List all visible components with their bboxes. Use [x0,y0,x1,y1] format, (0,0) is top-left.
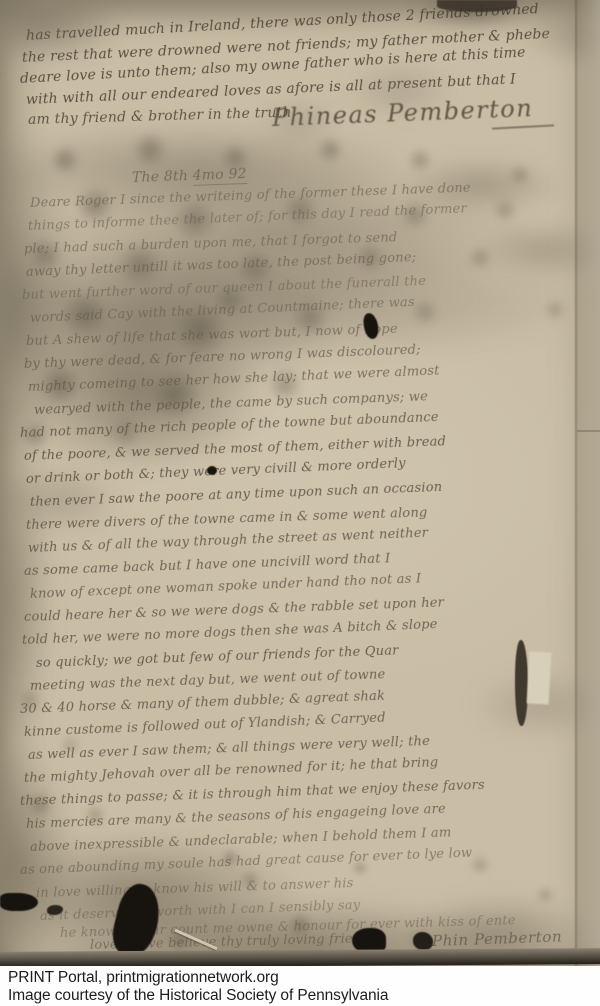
ink-blot [0,893,38,911]
photo-bottom-edge [0,948,600,966]
signature-phin-pemberton: Phin Pemberton [432,927,563,950]
manuscript-line: so quickly; we got but few of our friend… [36,643,399,671]
caption-line-1: PRINT Portal, printmigrationnetwork.org [8,969,600,987]
manuscript-photo: has travelled much in Ireland, there was… [0,0,600,966]
tear-backing-patch [527,651,552,704]
date-prefix: The 8th [132,168,189,186]
signature-phineas-pemberton: Phineas Pemberton [271,94,533,132]
manuscript-line: then ever I saw the poore at any time up… [30,480,443,510]
date-heading: The 8th 4mo 92 [132,166,247,186]
date-suffix: 4mo 92 [192,166,247,186]
caption-bar: PRINT Portal, printmigrationnetwork.org … [0,966,600,1006]
caption-line-2: Image courtesy of the Historical Society… [8,987,600,1005]
paper-crease-horizontal [577,430,600,432]
paper-crease-vertical [575,0,577,966]
ink-blot [413,932,433,950]
paper-tear [515,640,528,726]
ink-blot [437,0,517,12]
page-edge-strip [577,0,600,966]
manuscript-line: in love willing to know his will & to an… [36,876,354,901]
signature-flourish [492,124,554,129]
ink-blot [207,466,217,475]
screenshot-root: has travelled much in Ireland, there was… [0,0,600,1006]
manuscript-line: am thy friend & brother in the truth [28,105,292,128]
manuscript-line: kinne custome is followed out of Ylandis… [24,710,386,740]
